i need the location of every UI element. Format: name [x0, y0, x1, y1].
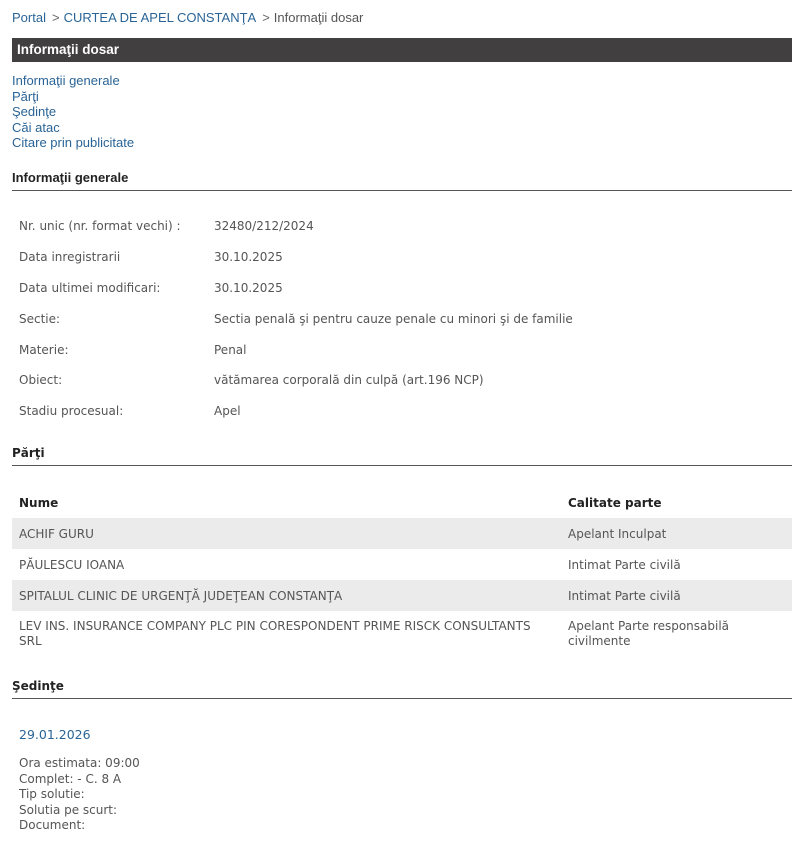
detail-row: Materie:Penal	[19, 334, 573, 365]
detail-label: Data inregistrarii	[19, 250, 214, 264]
party-name: PĂULESCU IOANA	[12, 549, 561, 580]
breadcrumb-portal[interactable]: Portal	[12, 10, 46, 25]
column-header-name: Nume	[12, 487, 561, 518]
detail-value: Sectia penală şi pentru cauze penale cu …	[214, 312, 573, 326]
detail-label: Obiect:	[19, 373, 214, 387]
section-heading-sessions: Şedinţe	[12, 679, 792, 699]
party-role: Intimat Parte civilă	[561, 580, 792, 611]
detail-row: Data inregistrarii30.10.2025	[19, 242, 573, 273]
session-solution-summary: Solutia pe scurt:	[19, 803, 140, 819]
session-solution-type: Tip solutie:	[19, 787, 140, 803]
detail-row: Obiect:vătămarea corporală din culpă (ar…	[19, 365, 573, 396]
session-item: 29.01.2026 Ora estimata: 09:00 Complet: …	[19, 727, 140, 834]
table-row: LEV INS. INSURANCE COMPANY PLC PIN CORES…	[12, 611, 792, 657]
breadcrumb: Portal>CURTEA DE APEL CONSTANŢA>Informaţ…	[12, 10, 363, 25]
party-name: ACHIF GURU	[12, 518, 561, 549]
section-nav: Informaţii generale Părţi Şedinţe Căi at…	[12, 73, 134, 151]
detail-label: Sectie:	[19, 312, 214, 326]
session-time: Ora estimata: 09:00	[19, 756, 140, 772]
column-header-role: Calitate parte	[561, 487, 792, 518]
detail-label: Data ultimei modificari:	[19, 281, 214, 295]
detail-row: Stadiu procesual:Apel	[19, 396, 573, 427]
section-heading-parts: Părţi	[12, 446, 792, 466]
detail-row: Sectie:Sectia penală şi pentru cauze pen…	[19, 303, 573, 334]
detail-value: 32480/212/2024	[214, 219, 314, 233]
detail-value: 30.10.2025	[214, 281, 283, 295]
party-name: LEV INS. INSURANCE COMPANY PLC PIN CORES…	[12, 611, 561, 657]
table-row: PĂULESCU IOANA Intimat Parte civilă	[12, 549, 792, 580]
table-row: SPITALUL CLINIC DE URGENŢĂ JUDEŢEAN CONS…	[12, 580, 792, 611]
session-panel: Complet: - C. 8 A	[19, 772, 140, 788]
table-header-row: Nume Calitate parte	[12, 487, 792, 518]
party-role: Apelant Inculpat	[561, 518, 792, 549]
general-details: Nr. unic (nr. format vechi) :32480/212/2…	[19, 211, 573, 427]
breadcrumb-current: Informaţii dosar	[274, 10, 364, 25]
session-document: Document:	[19, 818, 140, 834]
session-date: 29.01.2026	[19, 727, 140, 742]
nav-link-citation[interactable]: Citare prin publicitate	[12, 135, 134, 151]
section-heading-general: Informaţii generale	[12, 170, 792, 191]
nav-link-parts[interactable]: Părţi	[12, 89, 134, 105]
detail-value: Apel	[214, 404, 241, 418]
party-name: SPITALUL CLINIC DE URGENŢĂ JUDEŢEAN CONS…	[12, 580, 561, 611]
nav-link-sessions[interactable]: Şedinţe	[12, 104, 134, 120]
detail-label: Materie:	[19, 343, 214, 357]
page-title: Informaţii dosar	[12, 38, 792, 62]
breadcrumb-separator: >	[262, 10, 270, 25]
breadcrumb-separator: >	[52, 10, 60, 25]
detail-value: 30.10.2025	[214, 250, 283, 264]
breadcrumb-court[interactable]: CURTEA DE APEL CONSTANŢA	[64, 10, 257, 25]
nav-link-general[interactable]: Informaţii generale	[12, 73, 134, 89]
party-role: Apelant Parte responsabilă civilmente	[561, 611, 792, 657]
detail-label: Nr. unic (nr. format vechi) :	[19, 219, 214, 233]
detail-row: Data ultimei modificari:30.10.2025	[19, 273, 573, 304]
parts-table: Nume Calitate parte ACHIF GURU Apelant I…	[12, 487, 792, 657]
detail-label: Stadiu procesual:	[19, 404, 214, 418]
party-role: Intimat Parte civilă	[561, 549, 792, 580]
detail-value: vătămarea corporală din culpă (art.196 N…	[214, 373, 484, 387]
table-row: ACHIF GURU Apelant Inculpat	[12, 518, 792, 549]
detail-row: Nr. unic (nr. format vechi) :32480/212/2…	[19, 211, 573, 242]
nav-link-appeals[interactable]: Căi atac	[12, 120, 134, 136]
detail-value: Penal	[214, 343, 246, 357]
